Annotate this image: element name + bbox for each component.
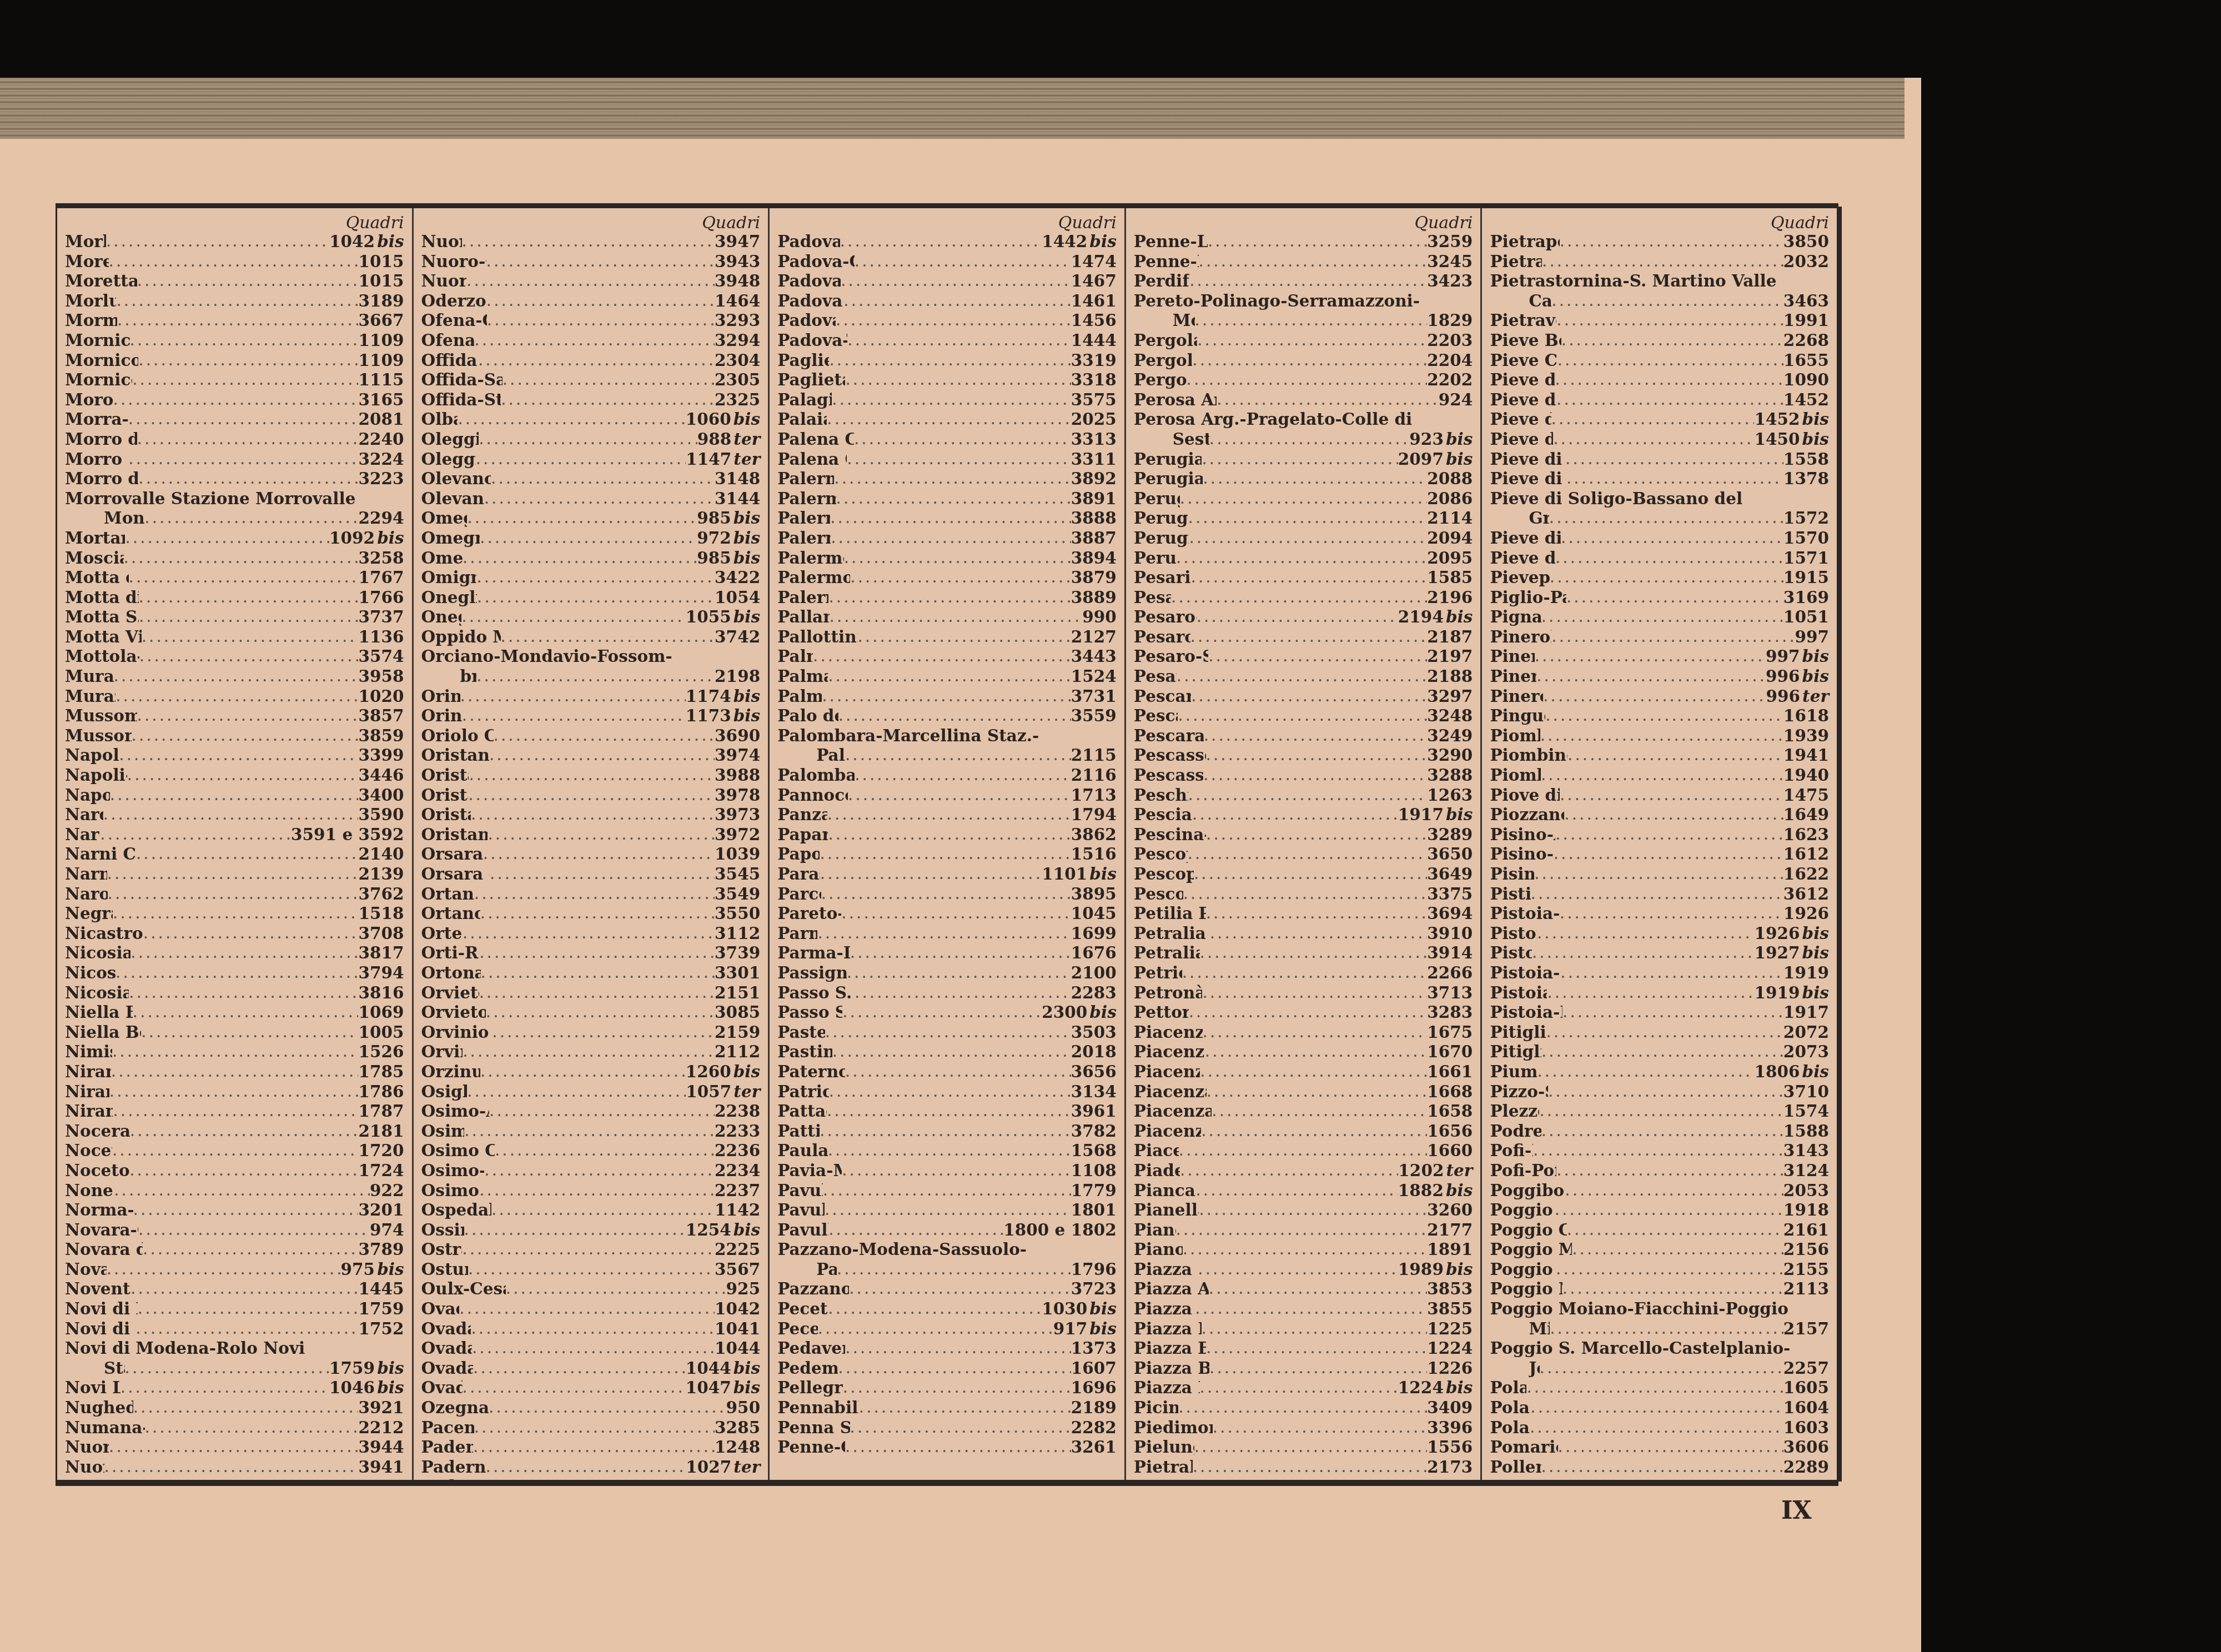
quadro-value: 1720: [358, 1141, 404, 1160]
quadro-number: 3895: [1071, 884, 1117, 904]
route-name: Osimo-Agugliano-Ancona: [421, 1101, 489, 1121]
route-name: Piombino-Campiglia St.-Paese: [1490, 745, 1567, 765]
leader-dots: [135, 1319, 358, 1339]
quadro-number: 1224bis: [1398, 1378, 1473, 1398]
leader-dots: [855, 252, 1071, 272]
quadro-number: 2127: [1071, 627, 1117, 647]
route-name: Poggio a Caiano-Pistoia: [1490, 1200, 1554, 1220]
index-entry: Nicosia-Mistretta3794: [65, 963, 404, 983]
quadro-number: 1649: [1783, 805, 1829, 825]
quadro-number: 2238: [715, 1101, 760, 1121]
quadro-number: 3972: [715, 825, 760, 845]
leader-dots: [1189, 271, 1427, 291]
quadro-value: 3443: [1071, 646, 1117, 666]
quadro-number: 1927bis: [1754, 943, 1829, 963]
index-entry: Napoli-Ottaiano-Lauro3446: [65, 765, 404, 785]
quadro-value: 2094: [1427, 528, 1473, 548]
quadro-value: 3973: [715, 805, 760, 824]
quadro-value: 2025: [1071, 409, 1117, 429]
route-name: Pievepelago-Pracchia: [1490, 568, 1549, 588]
quadro-number: 2140: [358, 844, 404, 864]
quadro-value: 3297: [1427, 686, 1473, 706]
index-entry: Piacenza-Bettola-Ferriere1675: [1134, 1022, 1473, 1042]
index-entry: Narni-Otricoli2139: [65, 864, 404, 884]
quadro-value: 3731: [1071, 686, 1117, 706]
route-name: Palermo-Camporeale: [777, 489, 836, 509]
quadro-number: 3165: [358, 390, 404, 410]
quadro-value: 3944: [358, 1437, 404, 1457]
route-name: Petralia Sottana-Nicosia: [1134, 943, 1200, 963]
leader-dots: [128, 409, 359, 429]
route-name: Nuoro-Lanusei: [65, 1437, 109, 1457]
route-name: Padova-Bassano-Lavarone: [777, 232, 840, 252]
quadro-value: 1767: [358, 568, 404, 587]
quadro-number: 3948: [715, 271, 760, 291]
route-name: Pavullo-Fanano: [777, 1181, 822, 1201]
quadro-value: 3144: [715, 489, 760, 508]
quadro-value: 3887: [1071, 528, 1117, 548]
quadro-number: 1101bis: [1042, 864, 1117, 884]
quadro-number: 1603: [1783, 1418, 1829, 1438]
route-name: Podresca-Cividale: [1490, 1121, 1541, 1141]
leader-dots: [139, 646, 359, 666]
index-entry: Pinerolo-Macello996bis: [1490, 666, 1829, 686]
index-entry: Ostuni-Stazione3567: [421, 1259, 761, 1279]
leader-dots: [1180, 489, 1428, 509]
quadro-value: 1260: [686, 1062, 731, 1081]
quadro-value: 1020: [358, 686, 404, 706]
leader-dots: [137, 706, 359, 726]
quadro-value: 3574: [358, 646, 404, 666]
quadro-value: 1045: [1071, 903, 1117, 923]
leader-dots: [828, 588, 1071, 607]
quadro-value: 3694: [1427, 903, 1473, 923]
leader-dots: [1189, 528, 1427, 548]
quadro-value: 1467: [1071, 271, 1117, 290]
leader-dots: [473, 1437, 715, 1457]
route-name: Pergola-Pesaro-Ancona: [1134, 330, 1197, 350]
index-entry: Pesaro-Fonti di Carignano2194bis: [1134, 607, 1473, 627]
index-entry: Palermo-Villabate3889: [777, 588, 1117, 607]
leader-dots: [1191, 568, 1428, 588]
quadro-value: 3289: [1427, 825, 1473, 844]
quadro-value: 1224: [1398, 1378, 1444, 1397]
leader-dots: [1183, 884, 1428, 904]
index-entry: Pinerolo-S. Secondo996ter: [1490, 686, 1829, 706]
quadro-value: 1927: [1754, 943, 1800, 962]
route-name: Piombino-Salivoli: [1490, 765, 1541, 785]
index-entry: Palagiano-Stazione3575: [777, 390, 1117, 410]
leader-dots: [138, 350, 358, 370]
route-name: Palermo-Misilmeri: [777, 528, 831, 548]
quadro-number: 2151: [715, 983, 760, 1003]
leader-dots: [845, 1437, 1071, 1457]
quadro-value: 1941: [1783, 745, 1829, 765]
leader-dots: [480, 903, 715, 923]
quadro-number: 917bis: [1053, 1319, 1117, 1339]
quadro-number: 1092bis: [329, 528, 404, 548]
route-name: Pinerolo-Carmagnola: [1490, 627, 1551, 647]
route-name: Morbello-Acqui: [65, 232, 106, 252]
quadro-number: 3910: [1427, 923, 1473, 943]
quadro-number: 3889: [1071, 588, 1117, 607]
quadro-number: 1800 e 1802: [1003, 1220, 1117, 1240]
route-name: Ovada-Carpeneto: [421, 1319, 471, 1339]
quadro-value: 1926: [1783, 903, 1829, 923]
leader-dots: [1560, 963, 1783, 983]
index-entry: Pannocchia-Vigatto-Parma1713: [777, 785, 1117, 805]
quadro-number: 1759: [358, 1299, 404, 1319]
quadro-number: 1108: [1071, 1161, 1117, 1181]
quadro-value: 3978: [715, 785, 760, 805]
index-entry: Palermo-S. Cristina Gela3894: [777, 548, 1117, 568]
quadro-value: 3782: [1071, 1121, 1117, 1141]
quadro-value: 3259: [1427, 232, 1473, 251]
leader-dots: [1178, 706, 1427, 726]
quadro-value: 2032: [1783, 252, 1829, 271]
index-entry: Pavullo-Modena1801: [777, 1200, 1117, 1220]
quadro-number: 3978: [715, 785, 760, 805]
index-entry: Olevano Romano-Stazione3148: [421, 469, 761, 489]
quadro-value: 3742: [715, 627, 760, 646]
quadro-number: 1115: [358, 370, 404, 390]
quadro-number: 2100: [1071, 963, 1117, 983]
index-entry: Offida-Sambenedetto del Tronto2305: [421, 370, 761, 390]
quadro-number: 2234: [715, 1161, 760, 1181]
leader-dots: [1217, 390, 1438, 410]
route-name: Pietralunga-Stazione: [1134, 1457, 1193, 1477]
quadro-number: 1787: [358, 1101, 404, 1121]
leader-dots: [459, 1299, 715, 1319]
quadro-number: 1060bis: [686, 409, 761, 429]
quadro-number: 2139: [358, 864, 404, 884]
quadro-number: 2194bis: [1398, 607, 1473, 627]
index-entry: Piazza Brembana-Carona1225: [1134, 1319, 1473, 1339]
quadro-suffix: bis: [733, 607, 760, 626]
quadro-value: 1882: [1398, 1181, 1444, 1200]
index-entry: Pinguente-Stazione1618: [1490, 706, 1829, 726]
leader-dots: [145, 1418, 359, 1438]
quadro-number: 1661: [1427, 1062, 1473, 1082]
route-name: Padenghe-Brescia: [421, 1437, 473, 1457]
leader-dots: [464, 1220, 686, 1240]
route-name: Orti-Reggio Calabria: [421, 943, 480, 963]
quadro-value: 3223: [358, 469, 404, 488]
leader-dots: [820, 844, 1071, 864]
quadro-value: 1142: [715, 1200, 760, 1219]
route-name: Padova-Granze di Camin: [777, 291, 843, 311]
index-entry: Ortona a Mare-Chieti3301: [421, 963, 761, 983]
index-entry: Pieve Bovigliana-Camerino2268: [1490, 330, 1829, 350]
route-name: Nirano-Sassuolo: [65, 1101, 113, 1121]
quadro-number: 3399: [358, 745, 404, 765]
route-name: Narni Città-Narni Stazione: [65, 844, 136, 864]
index-entry: Orvinio Fiacchini (Osteria)2159: [421, 1022, 761, 1042]
quadro-suffix: bis: [733, 508, 760, 528]
quadro-value: 1794: [1071, 805, 1117, 824]
route-name: Perugia-Spina: [1134, 548, 1176, 568]
index-entry: Passo Sanginesio-Macerata2300bis: [777, 1002, 1117, 1022]
route-name: Osimo-Offagna-Ancona: [421, 1161, 485, 1181]
leader-dots: [108, 884, 359, 904]
index-entry: Oppido Mamertino-Gioia Tauro3742: [421, 627, 761, 647]
quadro-value: 2116: [1071, 765, 1117, 785]
index-entry: Padenghe-Brescia1248: [421, 1437, 761, 1457]
route-name: Pola-Dignano: [1490, 1398, 1530, 1418]
quadro-number: 3297: [1427, 686, 1473, 706]
quadro-number: 2181: [358, 1121, 404, 1141]
route-name: Oleggio-Borgomanero: [421, 429, 479, 449]
quadro-value: 2081: [358, 409, 404, 429]
quadro-value: 1055: [686, 607, 731, 626]
quadro-value: 3591 e 3592: [291, 825, 404, 844]
quadro-suffix: bis: [1802, 1062, 1829, 1081]
quadro-number: 3148: [715, 469, 760, 489]
quadro-value: 1891: [1427, 1239, 1473, 1259]
quadro-number: 2300bis: [1042, 1002, 1117, 1022]
quadro-number: 1940: [1783, 765, 1829, 785]
index-entry: Morro d'Alba-Monsano-Jesi2240: [65, 429, 404, 449]
quadro-number: 1660: [1427, 1141, 1473, 1161]
leader-dots: [100, 825, 291, 845]
quadro-number: 1752: [358, 1319, 404, 1339]
quadro-value: 3794: [358, 963, 404, 982]
index-entry: Piacenza-Cortemaggiore1661: [1134, 1062, 1473, 1082]
quadro-number: 3375: [1427, 884, 1473, 904]
quadro-number: 996ter: [1766, 686, 1829, 706]
index-entry: Poggio Mirteto-B. Mompeo-Rieti2156: [1490, 1239, 1829, 1259]
quadro-number: 1571: [1783, 548, 1829, 568]
route-name: Offida-Sambenedetto del Tronto: [421, 370, 503, 390]
quadro-value: 3189: [358, 291, 404, 310]
leader-dots: [136, 844, 359, 864]
quadro-number: 3261: [1071, 1437, 1117, 1457]
column-header: Quadri: [1490, 215, 1829, 232]
index-entry: Pistoia-Montale1927bis: [1490, 943, 1829, 963]
quadro-number: 3794: [358, 963, 404, 983]
quadro-number: 1556: [1427, 1437, 1473, 1457]
route-name: Nocetolo-Parma: [65, 1141, 112, 1161]
quadro-suffix: bis: [1802, 666, 1829, 686]
index-entry: Palaia-Pontedera2025: [777, 409, 1117, 429]
quadro-value: 997: [1795, 627, 1829, 646]
quadro-value: 1147: [686, 449, 731, 469]
index-entry: Ofena-Capestrano-Bussi3293: [421, 310, 761, 330]
leader-dots: [506, 1279, 726, 1299]
route-name: Pieve di Cadore-Auronzo: [1490, 390, 1556, 410]
quadro-number: 1015: [358, 271, 404, 291]
quadro-number: 3914: [1427, 943, 1473, 963]
index-entry: Piazza al Serchio-Gragnola1989bis: [1134, 1259, 1473, 1279]
route-name: Nicastro-Soveria Mann.-Cicala: [65, 923, 143, 943]
leader-dots: [1202, 449, 1398, 469]
quadro-value: 3921: [358, 1398, 404, 1417]
quadro-number: 2156: [1783, 1239, 1829, 1259]
index-entry: Ofena-Civitaquana3294: [421, 330, 761, 350]
route-name: Pitigliano-Orbetello: [1490, 1022, 1546, 1042]
quadro-value: 2095: [1427, 548, 1473, 568]
quadro-value: 1456: [1071, 310, 1117, 330]
route-name: Perosa Arg.-Pragelato-Colle di: [1134, 409, 1413, 429]
quadro-number: 3710: [1783, 1082, 1829, 1102]
route-name: Piglio-Paliano-Segni Stazione: [1490, 588, 1566, 607]
leader-dots: [138, 469, 358, 489]
route-name: Pinerolo-Macello: [1490, 666, 1536, 686]
quadro-value: 1510: [715, 1477, 760, 1480]
leader-dots: [495, 1141, 715, 1161]
leader-dots: [468, 1259, 715, 1279]
route-name: Pomarico-Bivio Pomarico: [1490, 1437, 1557, 1457]
route-name: Piumazzo-Modena: [1490, 1062, 1537, 1082]
quadro-number: 2155: [1783, 1259, 1829, 1279]
index-entry: Motta di Cavezzo-Carpi1767: [65, 568, 404, 588]
quadro-number: 1989bis: [1398, 1259, 1473, 1279]
quadro-number: 3293: [715, 310, 760, 330]
index-entry: Paglieta-Lanciano3319: [777, 350, 1117, 370]
route-name: Piacenza-Gossolengo-Roveleto: [1134, 1101, 1212, 1121]
quadro-value: 1044: [686, 1358, 731, 1378]
route-name: Pistoia-Casalguidi: [1490, 923, 1537, 943]
route-name: Palmanova-Udine: [777, 666, 828, 686]
quadro-number: 3859: [358, 726, 404, 746]
index-entry: Padova-Arquà Petrarca1510: [421, 1477, 761, 1480]
index-entry: Novi di Mod.-Carpi-Modena1759: [65, 1299, 404, 1319]
leader-dots: [476, 666, 715, 686]
route-name: Pescopagano-Rionero: [1134, 864, 1194, 884]
leader-dots: [110, 785, 359, 805]
leader-dots: [141, 1022, 358, 1042]
index-entry: Morbello-Acqui1042bis: [65, 232, 404, 252]
index-entry: Motta S. Giovanni-Reggio C.3737: [65, 607, 404, 627]
quadro-value: 2194: [1398, 607, 1444, 626]
quadro-number: 3921: [358, 1398, 404, 1418]
index-entry: Nughedu S. Nicolo-Ozieri3921: [65, 1398, 404, 1418]
index-entry: Orciano-Mondavio-Fossom-: [421, 646, 761, 666]
index-entry: Morro d'Oro-Roseto Abruzzi3223: [65, 469, 404, 489]
route-name: Pieve del Cairo-Mortara: [1490, 370, 1555, 390]
quadro-number: 1612: [1783, 844, 1829, 864]
route-name: Pacentro-Sulmona: [421, 1418, 474, 1438]
quadro-value: 3423: [1427, 271, 1473, 290]
leader-dots: [463, 1042, 715, 1062]
index-entry: Pacentro-Sulmona3285: [421, 1418, 761, 1438]
quadro-number: 1452: [1783, 390, 1829, 410]
route-name: Pesaro-Fonti di Carignano: [1134, 607, 1197, 627]
route-name: Pecetto-Chieri: [777, 1319, 817, 1339]
quadro-value: 1605: [1783, 1378, 1829, 1397]
quadro-value: 2198: [715, 666, 760, 686]
quadro-number: 3567: [715, 1259, 760, 1279]
quadro-value: 3606: [1783, 1437, 1829, 1457]
route-name: Penne-Civitella Casanova: [777, 1437, 845, 1457]
route-name: Offida-Staz. Offida Castel Lama: [421, 390, 501, 410]
index-entry: Pieve di Soligo-Conegliano1570: [1490, 528, 1829, 548]
quadro-value: 3914: [1427, 943, 1473, 962]
quadro-value: 1039: [715, 844, 760, 863]
quadro-number: 2304: [715, 350, 760, 370]
quadro-suffix: bis: [733, 528, 760, 548]
route-name: Perugia-Corciano-Perugia: [1134, 469, 1203, 489]
quadro-number: 990: [1082, 607, 1117, 627]
quadro-value: 1779: [1071, 1181, 1117, 1200]
quadro-number: 3423: [1427, 271, 1473, 291]
index-entry: Pettorano-Sulmona3283: [1134, 1002, 1473, 1022]
quadro-value: 2151: [715, 983, 760, 1002]
leader-dots: [1176, 1220, 1428, 1240]
quadro-number: 1656: [1427, 1121, 1473, 1141]
quadro-value: 2197: [1427, 646, 1473, 666]
index-entry: Poggio Moiano-Fara Sabina2113: [1490, 1279, 1829, 1299]
quadro-number: 2094: [1427, 528, 1473, 548]
index-entry: Orzinuovi-Chiari-Rovato1260bis: [421, 1062, 761, 1082]
quadro-value: 3974: [715, 745, 760, 765]
index-entry: Napoli (Autovie di)3399: [65, 745, 404, 765]
quadro-value: 2212: [358, 1418, 404, 1437]
quadro-number: 2268: [1783, 330, 1829, 350]
route-name: Piazza al Serchio-Gragnola: [1134, 1259, 1198, 1279]
route-name: Morro d'Oro-Roseto Abruzzi: [65, 469, 138, 489]
quadro-value: 3224: [358, 449, 404, 469]
route-name: Oneglia-Ormea: [421, 607, 462, 627]
route-name: Pitigliano-Orvieto: [1490, 1042, 1541, 1062]
quadro-number: 3667: [358, 310, 404, 330]
quadro-number: 3606: [1783, 1437, 1829, 1457]
index-entry: Palmanova-Udine1524: [777, 666, 1117, 686]
route-name: Parma-Felino: [777, 923, 817, 943]
leader-dots: [1194, 864, 1427, 884]
route-name: Oleggio-Busto Arsizio: [421, 449, 476, 469]
index-entry: Perugia-Gubbio2086: [1134, 489, 1473, 509]
index-entry: Ospedaletto Lod.-Codogno1142: [421, 1200, 761, 1220]
route-name: Padova-Galliera-Veneta: [777, 271, 841, 291]
route-name: Piadena-Cremona: [1134, 1161, 1180, 1181]
route-name: Pielungo-Spilimbergo: [1134, 1437, 1194, 1457]
quadro-number: 1047bis: [686, 1378, 761, 1398]
index-entry: Olevano Romano-Tivoli3144: [421, 489, 761, 509]
route-name: Palermo-S. Cristina Gela: [777, 548, 844, 568]
leader-dots: [854, 429, 1071, 449]
quadro-value: 3169: [1783, 588, 1829, 607]
index-entry: Perosa Arg.-Pragelato-Colle di: [1134, 409, 1473, 429]
quadro-value: 1248: [715, 1437, 760, 1457]
quadro-number: 1474: [1071, 252, 1117, 272]
index-entry: Pareto-Spigno Stazione1045: [777, 903, 1117, 923]
route-name: Piacenza-Travo-Bobbiano: [1134, 1121, 1201, 1141]
leader-dots: [129, 1161, 358, 1181]
quadro-number: 3169: [1783, 588, 1829, 607]
leader-dots: [827, 1101, 1071, 1121]
quadro-value: 923: [1409, 429, 1444, 449]
index-entry: Palo del Colle-Bitonto3559: [777, 706, 1117, 726]
route-name: Ovada-Montaldeo: [421, 1338, 472, 1358]
quadro-number: 1057ter: [686, 1082, 760, 1102]
leader-dots: [476, 449, 686, 469]
route-name: Piazza Armerina-Enna: [1134, 1299, 1195, 1319]
quadro-value: 1660: [1427, 1141, 1473, 1160]
quadro-value: 3859: [358, 726, 404, 745]
leader-dots: [1213, 1418, 1427, 1438]
route-name: Mussomeli-Villalba Staz.: [65, 726, 132, 746]
index-entry: Pola-Albona1605: [1490, 1378, 1829, 1398]
index-entry: Pattada-Stazione3961: [777, 1101, 1117, 1121]
index-entry: Offida-Staz. Offida Castel Lama2325: [421, 390, 761, 410]
quadro-value: 1108: [1071, 1161, 1117, 1180]
route-name: Nicosia-Pirato Stazione: [65, 983, 129, 1003]
leader-dots: [486, 1002, 715, 1022]
index-entry: Palombara2115: [777, 745, 1117, 765]
quadro-value: 1558: [1783, 449, 1829, 469]
index-entry: Nocetolo-Reggio Emilia1724: [65, 1161, 404, 1181]
